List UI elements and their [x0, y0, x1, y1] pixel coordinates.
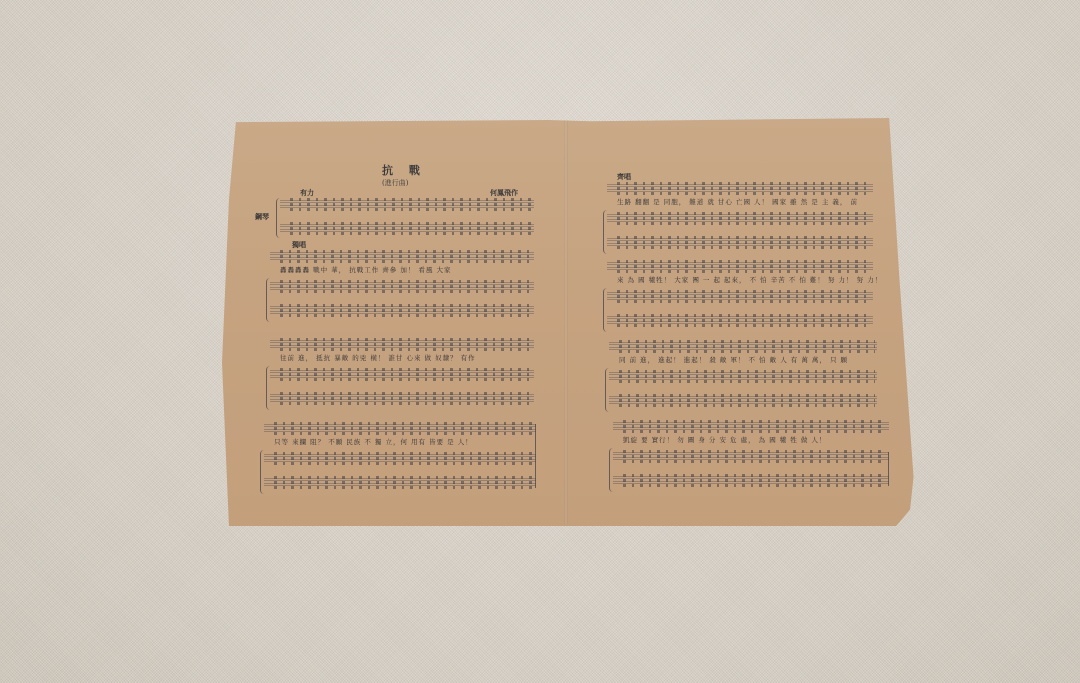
notes	[623, 450, 887, 464]
score-system-3: 往前 進， 抵抗 暴敵 的兇 橫！ 誰甘 心來 做 奴隸？ 有作	[270, 336, 534, 414]
notes	[619, 394, 875, 408]
lyrics-line: 凱旋 要 實行！ 勿 圖 身 分 安 危 處， 為 國 犧 牲 做 人！	[623, 435, 889, 444]
notes	[274, 452, 534, 466]
voice-label: 齊唱	[617, 172, 631, 182]
notes	[280, 304, 532, 318]
notes	[280, 280, 532, 294]
notes	[290, 198, 532, 212]
instrument-label: 鋼琴	[255, 212, 269, 222]
notes	[623, 420, 887, 434]
notes	[280, 368, 532, 382]
final-barline	[535, 424, 536, 488]
notes	[617, 290, 871, 304]
score-system-6: 來 為 國 犧牲！ 大家 團 一 起 起來， 不 怕 辛苦 不 怕 難！ 努 力…	[607, 258, 873, 336]
notes	[617, 314, 871, 328]
notes	[274, 476, 534, 490]
lyrics-line: 往前 進， 抵抗 暴敵 的兇 橫！ 誰甘 心來 做 奴隸？ 有作	[280, 353, 534, 362]
notes	[619, 340, 875, 354]
lyrics-line: 轟轟轟轟 戰中 華， 抗戰工作 齊參 加！ 看風 大家	[280, 265, 534, 274]
voice-label: 獨唱	[292, 240, 306, 250]
lyrics-line: 同 前 進， 進起！ 進起！ 殺 敵 軍！ 不 怕 敵 人 有 萬 萬， 只 願	[619, 355, 877, 364]
lyrics-line: 只等 來攔 阻？ 不願 民族 不 獨 立，何 用有 皆要 是 人！	[274, 437, 536, 446]
score-system-5: 齊唱 生路 翻翻 是 同胞， 難道 就 甘心 亡國 人！ 國家 雖 然 是 主 …	[607, 180, 873, 258]
notes	[280, 392, 532, 406]
score-system-8: 凱旋 要 實行！ 勿 圖 身 分 安 危 處， 為 國 犧 牲 做 人！	[613, 418, 889, 496]
score-system-1	[280, 198, 534, 242]
final-barline	[888, 452, 889, 486]
notes	[623, 474, 887, 488]
left-page: 抗 戰 (進行曲) 何鳳飛作 有力 鋼琴 獨唱 轟轟轟轟 戰中 華， 抗戰工作 …	[222, 118, 567, 526]
notes	[274, 422, 534, 436]
notes	[280, 250, 532, 264]
notes	[280, 338, 532, 352]
right-page: 齊唱 生路 翻翻 是 同胞， 難道 就 甘心 亡國 人！ 國家 雖 然 是 主 …	[567, 118, 917, 526]
lyrics-line: 來 為 國 犧牲！ 大家 團 一 起 起來， 不 怕 辛苦 不 怕 難！ 努 力…	[617, 275, 873, 284]
notes	[617, 182, 871, 196]
score-system-2: 獨唱 轟轟轟轟 戰中 華， 抗戰工作 齊參 加！ 看風 大家	[270, 248, 534, 326]
tempo-marking: 有力	[300, 188, 314, 198]
composer-credit: 何鳳飛作	[490, 188, 518, 198]
score-system-4: 只等 來攔 阻？ 不願 民族 不 獨 立，何 用有 皆要 是 人！	[264, 420, 536, 498]
song-subtitle: (進行曲)	[382, 178, 408, 188]
song-title: 抗 戰	[382, 162, 426, 178]
lyrics-line: 生路 翻翻 是 同胞， 難道 就 甘心 亡國 人！ 國家 雖 然 是 主 義， …	[617, 197, 873, 206]
notes	[619, 370, 875, 384]
notes	[617, 260, 871, 274]
notes	[617, 212, 871, 226]
notes	[617, 236, 871, 250]
notes	[290, 222, 532, 236]
score-system-7: 同 前 進， 進起！ 進起！ 殺 敵 軍！ 不 怕 敵 人 有 萬 萬， 只 願	[609, 338, 877, 416]
